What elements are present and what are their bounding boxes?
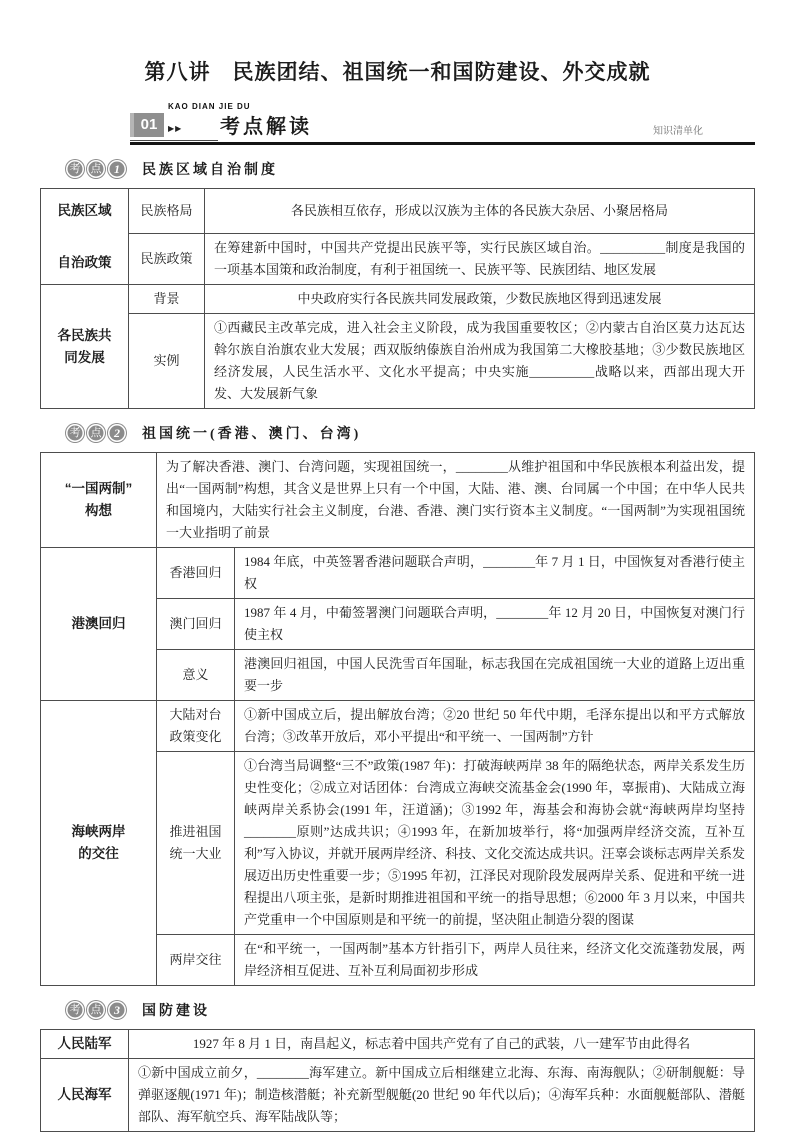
label-cell: 民族政策 xyxy=(129,234,205,285)
group-cell-haixia-liangan: 海峡两岸 的交往 xyxy=(41,701,157,986)
label-line: 政策变化 xyxy=(169,726,221,748)
table-row: “一国两制” 构想 为了解决香港、澳门、台湾问题，实现祖国统一，________… xyxy=(41,453,755,548)
content-cell: ①西藏民主改革完成，进入社会主义阶段，成为我国重要牧区；②内蒙古自治区莫力达瓦达… xyxy=(205,314,755,409)
group-cell-lujun: 人民陆军 xyxy=(41,1030,129,1059)
label-cell: 香港回归 xyxy=(157,548,235,599)
badge-circle-kao: 考 xyxy=(66,1001,84,1019)
section-number-badge: 01 xyxy=(130,113,164,137)
table-guofang-jianshe: 人民陆军 1927 年 8 月 1 日，南昌起义，标志着中国共产党有了自己的武装… xyxy=(40,1029,755,1132)
page-content: 第八讲 民族团结、祖国统一和国防建设、外交成就 01 KAO DIAN JIE … xyxy=(40,0,755,1132)
content-cell: 为了解决香港、澳门、台湾问题，实现祖国统一，________从维护祖国和中华民族… xyxy=(157,453,755,548)
table-row: 海峡两岸 的交往 大陆对台 政策变化 ①新中国成立后，提出解放台湾；②20 世纪… xyxy=(41,701,755,752)
label-line: 推进祖国 xyxy=(169,821,221,843)
group-cell-minzu-quyu: 民族区域 自治政策 xyxy=(41,189,129,285)
page-title: 第八讲 民族团结、祖国统一和国防建设、外交成就 xyxy=(40,0,755,86)
content-cell: 港澳回归祖国，中国人民洗雪百年国耻，标志我国在完成祖国统一大业的道路上迈出重要一… xyxy=(235,650,755,701)
label-line: 大陆对台 xyxy=(169,704,221,726)
label-cell: 澳门回归 xyxy=(157,599,235,650)
kaodian-2-badge: 考 点 2 xyxy=(66,424,126,442)
kaodian-2-header: 考 点 2 祖国统一(香港、澳门、台湾) xyxy=(66,423,755,443)
page: { "page_title": "第八讲 民族团结、祖国统一和国防建设、外交成就… xyxy=(0,0,800,1132)
group-label-line: 构想 xyxy=(85,500,112,522)
content-cell: 各民族相互依存，形成以汉族为主体的各民族大杂居、小聚居格局 xyxy=(205,189,755,234)
group-cell-yiguoliangzhi: “一国两制” 构想 xyxy=(41,453,157,548)
content-cell: 1927 年 8 月 1 日，南昌起义，标志着中国共产党有了自己的武装，八一建军… xyxy=(129,1030,755,1059)
label-cell: 推进祖国 统一大业 xyxy=(157,752,235,935)
content-cell: 在“和平统一，一国两制”基本方针指引下，两岸人员往来，经济文化交流蓬勃发展，两岸… xyxy=(235,935,755,986)
banner-tagline: 知识清单化 xyxy=(653,122,703,137)
table-row: 人民海军 ①新中国成立前夕，________海军建立。新中国成立后相继建立北海、… xyxy=(41,1059,755,1132)
label-line: 统一大业 xyxy=(169,843,221,865)
label-cell: 背景 xyxy=(129,285,205,314)
section-banner: 01 KAO DIAN JIE DU ▶▶ 考点解读 知识清单化 xyxy=(130,102,755,145)
kaodian-3-header: 考 点 3 国防建设 xyxy=(66,1000,755,1020)
content-cell: 1984 年底，中英签署香港问题联合声明，________年 7 月 1 日，中… xyxy=(235,548,755,599)
content-cell: ①台湾当局调整“三不”政策(1987 年)：打破海峡两岸 38 年的隔绝状态，两… xyxy=(235,752,755,935)
banner-underline xyxy=(130,140,218,141)
group-label-line: 的交往 xyxy=(78,843,119,865)
content-cell: ①新中国成立前夕，________海军建立。新中国成立后相继建立北海、东海、南海… xyxy=(129,1059,755,1132)
kaodian-3-badge: 考 点 3 xyxy=(66,1001,126,1019)
badge-circle-dian: 点 xyxy=(87,160,105,178)
banner-title: 考点解读 xyxy=(220,110,312,139)
kaodian-3-title: 国防建设 xyxy=(142,1000,210,1020)
group-label-line: 自治政策 xyxy=(58,252,112,274)
table-zuguo-tongyi: “一国两制” 构想 为了解决香港、澳门、台湾问题，实现祖国统一，________… xyxy=(40,452,755,986)
table-row: 人民陆军 1927 年 8 月 1 日，南昌起义，标志着中国共产党有了自己的武装… xyxy=(41,1030,755,1059)
badge-circle-kao: 考 xyxy=(66,160,84,178)
badge-circle-number: 2 xyxy=(108,424,126,442)
group-label-line: 民族区域 xyxy=(58,200,112,222)
label-cell: 大陆对台 政策变化 xyxy=(157,701,235,752)
table-minzu-zizhi: 民族区域 自治政策 民族格局 各民族相互依存，形成以汉族为主体的各民族大杂居、小… xyxy=(40,188,755,409)
content-cell: 中央政府实行各民族共同发展政策，少数民族地区得到迅速发展 xyxy=(205,285,755,314)
table-row: 民族区域 自治政策 民族格局 各民族相互依存，形成以汉族为主体的各民族大杂居、小… xyxy=(41,189,755,234)
table-row: 民族政策 在筹建新中国时，中国共产党提出民族平等，实行民族区域自治。______… xyxy=(41,234,755,285)
group-cell-gangao-huigui: 港澳回归 xyxy=(41,548,157,701)
group-label-line: “一国两制” xyxy=(65,478,133,500)
group-label-line: 同发展 xyxy=(64,347,105,369)
table-row: 各民族共 同发展 背景 中央政府实行各民族共同发展政策，少数民族地区得到迅速发展 xyxy=(41,285,755,314)
kaodian-1-header: 考 点 1 民族区域自治制度 xyxy=(66,159,755,179)
table-row: 港澳回归 香港回归 1984 年底，中英签署香港问题联合声明，________年… xyxy=(41,548,755,599)
badge-circle-kao: 考 xyxy=(66,424,84,442)
content-cell: 1987 年 4 月，中葡签署澳门问题联合声明，________年 12 月 2… xyxy=(235,599,755,650)
label-cell: 两岸交往 xyxy=(157,935,235,986)
double-arrow-icon: ▶▶ xyxy=(168,124,182,133)
label-cell: 意义 xyxy=(157,650,235,701)
badge-circle-dian: 点 xyxy=(87,424,105,442)
group-label-line: 各民族共 xyxy=(58,325,112,347)
label-cell: 实例 xyxy=(129,314,205,409)
kaodian-1-title: 民族区域自治制度 xyxy=(142,159,278,179)
badge-circle-number: 1 xyxy=(108,160,126,178)
group-cell-haijun: 人民海军 xyxy=(41,1059,129,1132)
badge-circle-number: 3 xyxy=(108,1001,126,1019)
group-cell-gongtong-fazhan: 各民族共 同发展 xyxy=(41,285,129,409)
content-cell: ①新中国成立后，提出解放台湾；②20 世纪 50 年代中期，毛泽东提出以和平方式… xyxy=(235,701,755,752)
kaodian-2-title: 祖国统一(香港、澳门、台湾) xyxy=(142,423,361,443)
table-row: 实例 ①西藏民主改革完成，进入社会主义阶段，成为我国重要牧区；②内蒙古自治区莫力… xyxy=(41,314,755,409)
group-label-line: 海峡两岸 xyxy=(72,821,126,843)
kaodian-1-badge: 考 点 1 xyxy=(66,160,126,178)
content-cell: 在筹建新中国时，中国共产党提出民族平等，实行民族区域自治。__________制… xyxy=(205,234,755,285)
label-cell: 民族格局 xyxy=(129,189,205,234)
badge-circle-dian: 点 xyxy=(87,1001,105,1019)
